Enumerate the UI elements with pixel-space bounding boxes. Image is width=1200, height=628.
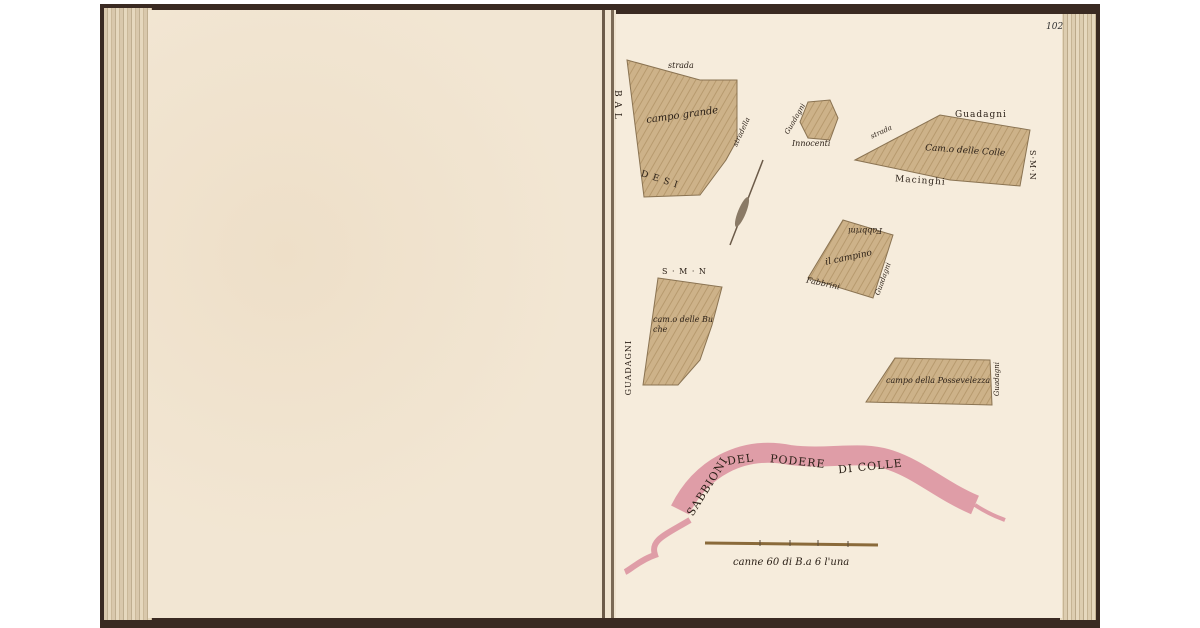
label-guadagni-right: Guadagni (993, 362, 1001, 396)
label-innocenti: Innocenti (792, 139, 830, 148)
north-arrow-icon (730, 160, 763, 245)
label-bal: B A L (612, 90, 622, 120)
label-fabbrini-top: Fabbrini (848, 226, 882, 235)
map-drawing (0, 0, 1200, 628)
label-guadagni-vertical: GUADAGNI (624, 340, 633, 395)
scale-bar (705, 540, 878, 547)
label-smn-buche: S · M · N (662, 267, 707, 276)
title-banner-ribbon (625, 453, 1005, 572)
label-buche-2: che (653, 325, 667, 334)
label-possevelezza: campo della Possevelezza (886, 376, 990, 385)
label-guadagni-top: Guadagni (955, 110, 1007, 120)
scale-caption: canne 60 di B.a 6 l'una (733, 557, 849, 568)
label-strada: strada (668, 61, 694, 70)
label-smn-right: S·M·N (1028, 150, 1037, 181)
label-buche-1: cam.o delle Bu (653, 315, 713, 324)
